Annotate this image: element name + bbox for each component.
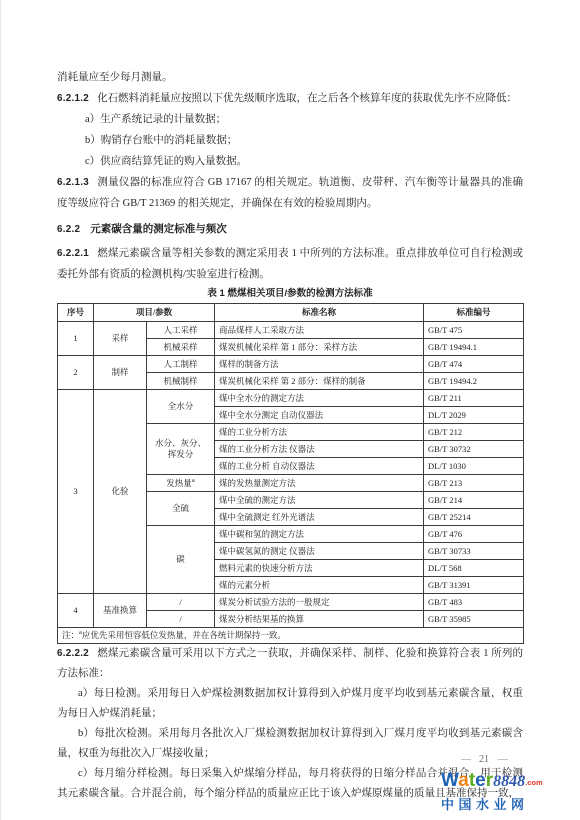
clause-6222: 6.2.2.2燃煤元素碳含量可采用以下方式之一获取，并确保采样、制样、化验和换算… <box>57 644 523 684</box>
standards-table: 序号 项目/参数 标准名称 标准编号 1采样人工采样商品煤样人工采取方法GB/T… <box>57 303 524 644</box>
logo-chinese-name: 中国水业网 <box>441 794 569 813</box>
page-number: — 21 — <box>446 754 522 765</box>
table-body: 1采样人工采样商品煤样人工采取方法GB/T 475机械采样煤炭机械化采样 第 1… <box>58 322 524 628</box>
table-cell: GB/T 30733 <box>424 543 524 560</box>
table-cell: 机械制样 <box>147 373 215 390</box>
section-622-number: 6.2.2 <box>57 224 80 235</box>
table-cell: 煤中全水分测定 自动仪器法 <box>215 407 424 424</box>
table-cell: 3 <box>58 390 94 594</box>
table-cell: 制样 <box>94 356 147 390</box>
clause-6212: 6.2.1.2化石燃料消耗量应按照以下优先级顺序选取，在之后各个核算年度的获取优… <box>57 88 523 109</box>
clause-6221-text: 燃煤元素碳含量等相关参数的测定采用表 1 中所列的方法标准。重点排放单位可自行检… <box>57 248 523 280</box>
page-number-dash-left: — <box>461 754 470 765</box>
logo-8848-number: 8848 <box>493 773 525 790</box>
logo-wordmark: Water8848.com <box>441 771 569 792</box>
list-item-a: a）生产系统记录的计量数据； <box>57 109 523 130</box>
section-622-title: 元素碳含量的测定标准与频次 <box>90 223 227 235</box>
table-row: 3化验全水分煤中全水分的测定方法GB/T 211 <box>58 390 524 407</box>
table-cell: 采样 <box>94 322 147 356</box>
table-header-row: 序号 项目/参数 标准名称 标准编号 <box>58 304 524 322</box>
logo-water-letters: Water <box>441 770 493 791</box>
table-cell: 水分、灰分、挥发分 <box>147 424 215 475</box>
col-header-item: 项目/参数 <box>94 304 215 322</box>
table-cell: DL/T 2029 <box>424 407 524 424</box>
table-cell: 煤的元素分析 <box>215 577 424 594</box>
document-page: { "content": { "p_continuation": "消耗量应至少… <box>0 0 580 820</box>
col-header-standard-code: 标准编号 <box>424 304 524 322</box>
list-item-b: b）购销存台账中的消耗量数据； <box>57 130 523 151</box>
table-cell: GB/T 212 <box>424 424 524 441</box>
table-row: 1采样人工采样商品煤样人工采取方法GB/T 475 <box>58 322 524 339</box>
table-cell: 煤中碳氢氮的测定 仪器法 <box>215 543 424 560</box>
table-cell: GB/T 214 <box>424 492 524 509</box>
table-cell: GB/T 476 <box>424 526 524 543</box>
table-cell: GB/T 25214 <box>424 509 524 526</box>
table-cell: 商品煤样人工采取方法 <box>215 322 424 339</box>
table-cell: 人工采样 <box>147 322 215 339</box>
table-cell: 煤炭分析结果基的换算 <box>215 611 424 628</box>
table-cell: DL/T 1030 <box>424 458 524 475</box>
clause-6221: 6.2.2.1燃煤元素碳含量等相关参数的测定采用表 1 中所列的方法标准。重点排… <box>57 243 523 285</box>
col-header-seq: 序号 <box>58 304 94 322</box>
table-cell: GB/T 211 <box>424 390 524 407</box>
table-cell: GB/T 35985 <box>424 611 524 628</box>
table-cell: GB/T 474 <box>424 356 524 373</box>
clause-6222-text: 燃煤元素碳含量可采用以下方式之一获取，并确保采样、制样、化验和换算符合表 1 所… <box>57 648 523 679</box>
superscript-note-marker: a <box>192 477 195 484</box>
clause-6212-number: 6.2.1.2 <box>57 93 89 104</box>
logo-letter: W <box>441 770 458 791</box>
scan-edge-line <box>0 0 1 820</box>
table-cell: 发热量a <box>147 475 215 492</box>
paragraph-continuation: 消耗量应至少每月测量。 <box>57 67 523 88</box>
method-item-a: a）每日检测。采用每日入炉煤检测数据加权计算得到入炉煤月度平均收到基元素碳含量，… <box>57 684 523 724</box>
table-cell: 基准换算 <box>94 594 147 628</box>
clause-6221-number: 6.2.2.1 <box>57 248 89 259</box>
col-header-standard-name: 标准名称 <box>215 304 424 322</box>
table-cell: 煤的工业分析方法 仪器法 <box>215 441 424 458</box>
table-cell: GB/T 483 <box>424 594 524 611</box>
table-cell: 化验 <box>94 390 147 594</box>
table-caption: 表 1 燃煤相关项目/参数的检测方法标准 <box>57 287 523 301</box>
table-cell: DL/T 568 <box>424 560 524 577</box>
table-cell: 全硫 <box>147 492 215 526</box>
table-cell: 煤炭机械化采样 第 2 部分：煤样的制备 <box>215 373 424 390</box>
table-cell: 燃料元素的快速分析方法 <box>215 560 424 577</box>
table-cell: 煤中全水分的测定方法 <box>215 390 424 407</box>
table-cell: / <box>147 594 215 611</box>
clause-6213-number: 6.2.1.3 <box>57 177 89 188</box>
list-item-c: c）供应商结算凭证的购入量数据。 <box>57 151 523 172</box>
table-cell: / <box>147 611 215 628</box>
table-cell: 煤中全硫的测定方法 <box>215 492 424 509</box>
table-cell: GB/T 475 <box>424 322 524 339</box>
table-cell: 机械采样 <box>147 339 215 356</box>
table-note: 注：a应优先采用恒容低位发热量，并在各统计期保持一致。 <box>58 628 524 644</box>
table-cell: GB/T 19494.1 <box>424 339 524 356</box>
table-cell: 煤的工业分析方法 <box>215 424 424 441</box>
table-note-text: 应优先采用恒容低位发热量，并在各统计期保持一致。 <box>82 630 286 640</box>
table-row: 2制样人工制样煤样的制备方法GB/T 474 <box>58 356 524 373</box>
clause-6222-number: 6.2.2.2 <box>57 648 89 659</box>
page-number-dash-right: — <box>498 754 507 765</box>
clause-6213: 6.2.1.3测量仪器的标准应符合 GB 17167 的相关规定。轨道衡、皮带秤… <box>57 172 523 214</box>
table-cell: 4 <box>58 594 94 628</box>
table-cell: GB/T 31391 <box>424 577 524 594</box>
table-note-prefix: 注： <box>62 630 79 640</box>
table-cell: 人工制样 <box>147 356 215 373</box>
table-cell: 2 <box>58 356 94 390</box>
table-note-row: 注：a应优先采用恒容低位发热量，并在各统计期保持一致。 <box>58 628 524 644</box>
table-cell: GB/T 213 <box>424 475 524 492</box>
table-cell: GB/T 30732 <box>424 441 524 458</box>
water8848-watermark-logo: Water8848.com 中国水业网 <box>441 771 569 813</box>
table-cell: 煤中全硫测定 红外光谱法 <box>215 509 424 526</box>
clause-6213-text: 测量仪器的标准应符合 GB 17167 的相关规定。轨道衡、皮带秤、汽车衡等计量… <box>57 177 523 209</box>
table-cell: GB/T 19494.2 <box>424 373 524 390</box>
table-cell: 全水分 <box>147 390 215 424</box>
logo-letter: a <box>458 770 469 791</box>
table-cell: 煤的工业分析 自动仪器法 <box>215 458 424 475</box>
table-cell: 煤炭机械化采样 第 1 部分：采样方法 <box>215 339 424 356</box>
document-content: 消耗量应至少每月测量。 6.2.1.2化石燃料消耗量应按照以下优先级顺序选取，在… <box>0 0 580 804</box>
table-cell: 煤中碳和氢的测定方法 <box>215 526 424 543</box>
clause-6212-text: 化石燃料消耗量应按照以下优先级顺序选取，在之后各个核算年度的获取优先序不应降低： <box>97 93 517 104</box>
logo-dotcom: .com <box>525 778 543 787</box>
table-cell: 1 <box>58 322 94 356</box>
table-cell: 煤的发热量测定方法 <box>215 475 424 492</box>
page-number-value: 21 <box>479 754 489 765</box>
logo-letter: r <box>486 770 493 791</box>
table-cell: 煤炭分析试验方法的一般规定 <box>215 594 424 611</box>
logo-letter: e <box>475 770 486 791</box>
table-cell: 煤样的制备方法 <box>215 356 424 373</box>
table-row: 4基准换算/煤炭分析试验方法的一般规定GB/T 483 <box>58 594 524 611</box>
table-cell: 碳 <box>147 526 215 594</box>
section-heading-622: 6.2.2元素碳含量的测定标准与频次 <box>57 219 523 240</box>
